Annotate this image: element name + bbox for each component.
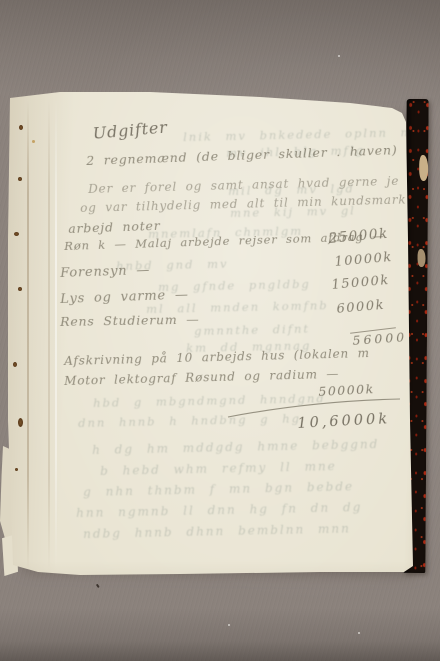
bleed-through-line: lnik mv bnkedede oplnn mv [183,125,422,144]
handwritten-line: Motor lektograf Røsund og radium — [64,367,339,388]
cover-wear-patch [417,249,425,267]
expense-amount: 10000k [334,250,393,270]
handwritten-line: arbejd noter [68,218,161,236]
bleed-through-line: ndbg hnnb dhnn bemblnn mnn [83,521,351,541]
bleed-through-line: hnn ngmnb ll dnn hg fn dn dg [76,500,362,520]
expense-amount: 6000k [336,298,386,317]
gutter-crease [27,100,29,570]
stitch-mark [14,232,19,236]
expense-label: Rens Studierum — [60,312,200,329]
bleed-through-line: gmnnthe difnt [194,322,310,338]
bleed-through-line: g nhn thnbm f mn bgn bebde [83,479,354,499]
paper-stain [32,140,35,143]
subtotal-value: 56000 [352,329,408,348]
stitch-mark [13,362,17,367]
heading-udgifter: Udgifter [92,117,168,142]
cover-wear-patch [419,155,428,181]
bleed-through-line: b hebd whm refmy ll mne [100,459,337,478]
gutter-highlight [55,98,57,572]
expense-amount: 25000k [328,226,389,247]
bleed-through-line: h dg hm mddgdg hmne bebggnd [92,437,379,457]
stitch-mark [19,125,23,130]
grand-total-value: 10,6000k [297,411,390,432]
stitch-mark [18,418,23,427]
expense-amount: 15000k [331,273,390,293]
gutter-crease [48,98,50,572]
expense-label: Forensyn — [60,263,150,281]
dust-speck [358,632,360,634]
stitch-mark [18,177,22,181]
dust-speck [228,624,230,626]
dust-speck [338,55,340,57]
handwritten-line: Afskrivning på 10 arbejds hus (lokalen m [64,346,370,368]
stitch-mark [15,468,18,471]
stitch-mark [18,287,22,291]
